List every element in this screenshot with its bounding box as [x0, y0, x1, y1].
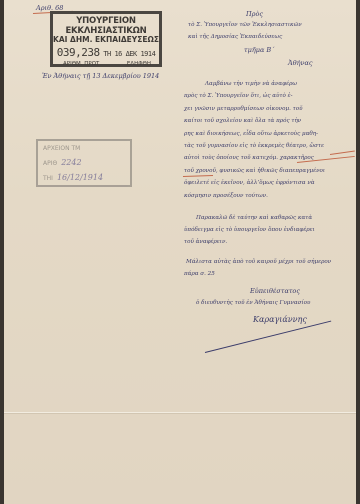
stamp-date: 16 ΔΕΚ 1914 — [114, 50, 155, 58]
addressee-city: Ἀθήνας — [288, 59, 312, 67]
ministry-receipt-stamp: ΥΠΟΥΡΓΕΙΟΝ ΕΚΚΛΗΣΙΑΣΤΙΚΩΝ ΚΑΙ ΔΗΜ. ΕΚΠΑΙ… — [50, 11, 162, 67]
body-line: ὑπόδειγμα εἰς τὸ ὑπουργεῖον ὅπου ἐνδιαφέ… — [184, 227, 315, 233]
stamp-number: 039,238 — [57, 46, 100, 59]
body-line: Λαμβάνω τὴν τιμὴν νὰ ἀναφέρω — [205, 81, 297, 87]
place-date-line: Ἐν Ἀθήναις τῇ 13 Δεκεμβρίου 1914 — [42, 72, 159, 80]
archive-date-label: ΤΗΙ — [43, 175, 53, 182]
body-line: χει γνῶσιν μεταρρυθμίσεων οἰκονομ. τοῦ — [184, 106, 303, 112]
archive-stamp: ΑΡΧΕΙΟΝ ΤΜ ΑΡΙΘ2242 ΤΗΙ16/12/1914 — [36, 139, 132, 187]
addressee-line3: καὶ τῆς Δημοσίας Ἐκπαιδεύσεως — [188, 34, 282, 40]
stamp-label-received: ΕΛΗΦΘΗ — [127, 61, 151, 67]
stamp-date-prefix: ΤΗ — [103, 50, 110, 58]
paper-fold-line — [4, 412, 356, 413]
addressee-line4: τμῆμα Β΄ — [244, 46, 274, 54]
body-line: ρης καὶ διοικήσεως, εἶδα οὕτω ἀρκετοὺς μ… — [184, 131, 318, 137]
addressee-pros: Πρὸς — [246, 10, 263, 18]
body-line: ὀφειλετέ εἰς ἐκεῖνον, ἀλλ’ὅμως ἐφρόντισα… — [184, 180, 315, 186]
body-line: τοῦ χρονοῦ, φυσικῶς καὶ ἠθικῶς διαπεπραγ… — [184, 168, 325, 174]
archive-number: 2242 — [61, 158, 81, 167]
closing-salutation: Εὐπειθέστατος — [250, 287, 300, 295]
body-line: Μάλιστα αὐτὰς ἀπὸ τοῦ καιροῦ μέχρι τοῦ σ… — [186, 259, 331, 265]
body-line: κόσμησιν προσέξουν τούτων. — [184, 193, 268, 199]
body-line: πάρα σ. 25 — [184, 271, 215, 277]
body-line: αὐτοὶ τοὺς ὁποίους τοῦ κατεχόμ. χαρακτῆρ… — [184, 155, 314, 161]
stamp-ministry-line1: ΥΠΟΥΡΓΕΙΟΝ ΕΚΚΛΗΣΙΑΣΤΙΚΩΝ — [53, 16, 159, 36]
signature: Καραγιάννης — [253, 315, 307, 324]
archive-date: 16/12/1914 — [57, 173, 103, 182]
addressee-line2: τὸ Σ. Ὑπουργεῖον τῶν Ἐκκλησιαστικῶν — [188, 22, 302, 28]
body-line: τὰς τοῦ γυμνασίου εἰς τὸ ἐκκρεμὲς θέατρο… — [184, 143, 324, 149]
stamp-number-date: 039,238 ΤΗ 16 ΔΕΚ 1914 — [53, 46, 159, 59]
body-line: Παρακαλῶ δὲ ταύτην καὶ καθαρῶς κατὰ — [196, 215, 312, 221]
body-line: καίτοι τοῦ σχολείου καὶ ὅλα τὰ πρός τὴν — [184, 118, 301, 124]
body-line: τοῦ ἀναφέρειν. — [184, 239, 227, 245]
body-line: πρὸς τὸ Σ. Ὑπουργεῖον ὅτι, ὡς αὐτὸ ἐ- — [184, 93, 293, 99]
archive-number-label: ΑΡΙΘ — [43, 160, 57, 167]
closing-title: ὁ διευθυντὴς τοῦ ἐν Ἀθήναις Γυμνασίου — [196, 300, 310, 306]
archive-stamp-line1: ΑΡΧΕΙΟΝ ΤΜ — [43, 145, 125, 152]
stamp-label-protocol: ΑΡΙΘΜ. ΠΡΩΤ — [63, 61, 99, 67]
stamp-ministry-line2: ΚΑΙ ΔΗΜ. ΕΚΠΑΙΔΕΥΣΕΩΣ — [53, 35, 159, 44]
